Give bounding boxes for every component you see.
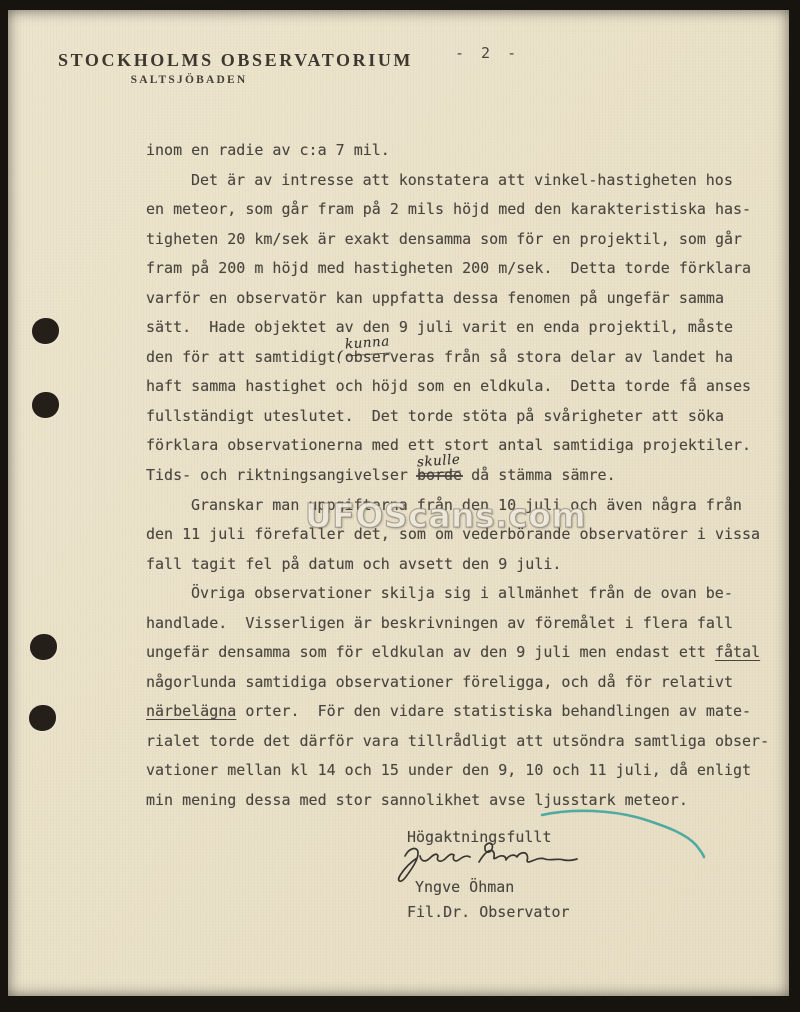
typed-text: den för att samtidigt <box>146 348 345 366</box>
body-line: Tids- och riktningsangivelser bordeskull… <box>146 464 774 494</box>
typed-text: min mening dessa med stor sannolikhet av… <box>146 791 688 809</box>
typed-text: en meteor, som går fram på 2 mils höjd m… <box>146 200 751 218</box>
typed-text: ungefär densamma som för eldkulan av den… <box>146 643 715 661</box>
typed-text: fall tagit fel på datum och avsett den 9… <box>146 555 561 573</box>
typed-text: tigheten 20 km/sek är exakt densamma som… <box>146 230 742 248</box>
body-line: Det är av intresse att konstatera att vi… <box>146 169 774 199</box>
organization-place: SALTSJÖBADEN <box>58 74 320 86</box>
body-line: sätt. Hade objektet av den 9 juli varit … <box>146 316 774 346</box>
paper-sheet: STOCKHOLMS OBSERVATORIUM SALTSJÖBADEN - … <box>8 10 789 996</box>
typed-text: orter. För den vidare statistiska behand… <box>236 702 751 720</box>
body-line: den 11 juli förefaller det, som om veder… <box>146 523 774 553</box>
body-line: närbelägna orter. För den vidare statist… <box>146 700 774 730</box>
body-line: varför en observatör kan uppfatta dessa … <box>146 287 774 317</box>
body-line: handlade. Visserligen är beskrivningen a… <box>146 612 774 642</box>
body-line: haft samma hastighet och höjd som en eld… <box>146 375 774 405</box>
handwritten-insertion: kunna <box>344 330 390 356</box>
strikethrough-text: bordeskulle <box>417 466 462 484</box>
typed-text: varför en observatör kan uppfatta dessa … <box>146 289 724 307</box>
body-line: inom en radie av c:a 7 mil. <box>146 139 774 169</box>
scanned-letter-background: { "letterhead": { "org": "STOCKHOLMS OBS… <box>0 0 800 1012</box>
typed-text: någorlunda samtidiga observationer förel… <box>146 673 733 691</box>
body-text: inom en radie av c:a 7 mil.Det är av int… <box>146 139 774 819</box>
body-line: tigheten 20 km/sek är exakt densamma som… <box>146 228 774 258</box>
body-line: fall tagit fel på datum och avsett den 9… <box>146 553 774 583</box>
typed-text: inom en radie av c:a 7 mil. <box>146 141 390 159</box>
organization-name: STOCKHOLMS OBSERVATORIUM <box>58 50 338 71</box>
typed-text: handlade. Visserligen är beskrivningen a… <box>146 614 733 632</box>
typed-text: sätt. Hade objektet av den 9 juli varit … <box>146 318 733 336</box>
underlined-text: närbelägna <box>146 702 236 720</box>
typed-text: från så stora delar av landet ha <box>435 348 733 366</box>
typed-text: haft samma hastighet och höjd som en eld… <box>146 377 751 395</box>
typed-text: vationer mellan kl 14 och 15 under den 9… <box>146 761 751 779</box>
typed-text: Övriga observationer skilja sig i allmän… <box>191 584 733 602</box>
body-line: den för att samtidigt observeras(kunna f… <box>146 346 774 376</box>
punch-hole <box>32 318 59 344</box>
body-line: en meteor, som går fram på 2 mils höjd m… <box>146 198 774 228</box>
body-line: Granskar man uppgifterna från den 10 jul… <box>146 494 774 524</box>
body-line: rialet torde det därför vara tillrådligt… <box>146 730 774 760</box>
typed-text: Granskar man uppgifterna från den 10 jul… <box>191 496 742 514</box>
punch-hole <box>30 634 57 660</box>
typed-text: då stämma sämre. <box>462 466 616 484</box>
letterhead: STOCKHOLMS OBSERVATORIUM SALTSJÖBADEN <box>58 50 338 86</box>
body-line: någorlunda samtidiga observationer förel… <box>146 671 774 701</box>
body-line: vationer mellan kl 14 och 15 under den 9… <box>146 759 774 789</box>
sender-title: Fil.Dr. Observator <box>407 903 570 921</box>
body-line: fram på 200 m höjd med hastigheten 200 m… <box>146 257 774 287</box>
typed-text: Tids- och riktningsangivelser <box>146 466 417 484</box>
typed-text: fram på 200 m höjd med hastigheten 200 m… <box>146 259 751 277</box>
typed-sender-name: Yngve Öhman <box>415 878 514 896</box>
punch-hole <box>32 392 59 418</box>
body-line: fullständigt uteslutet. Det torde stöta … <box>146 405 774 435</box>
body-line: ungefär densamma som för eldkulan av den… <box>146 641 774 671</box>
typed-text: Det är av intresse att konstatera att vi… <box>191 171 733 189</box>
closing-block: Högaktningsfullt Yngve Öhman Fil.Dr. Obs… <box>407 828 552 846</box>
typed-text: fullständigt uteslutet. Det torde stöta … <box>146 407 724 425</box>
page-number: - 2 - <box>455 44 520 62</box>
handwritten-insertion: skulle <box>416 449 461 475</box>
typed-text: rialet torde det därför vara tillrådligt… <box>146 732 769 750</box>
body-line: min mening dessa med stor sannolikhet av… <box>146 789 774 819</box>
typed-text: den 11 juli förefaller det, som om veder… <box>146 525 760 543</box>
body-line: Övriga observationer skilja sig i allmän… <box>146 582 774 612</box>
punch-hole <box>29 705 56 731</box>
underlined-text: fåtal <box>715 643 760 661</box>
typed-text: observeras(kunna <box>345 348 435 366</box>
